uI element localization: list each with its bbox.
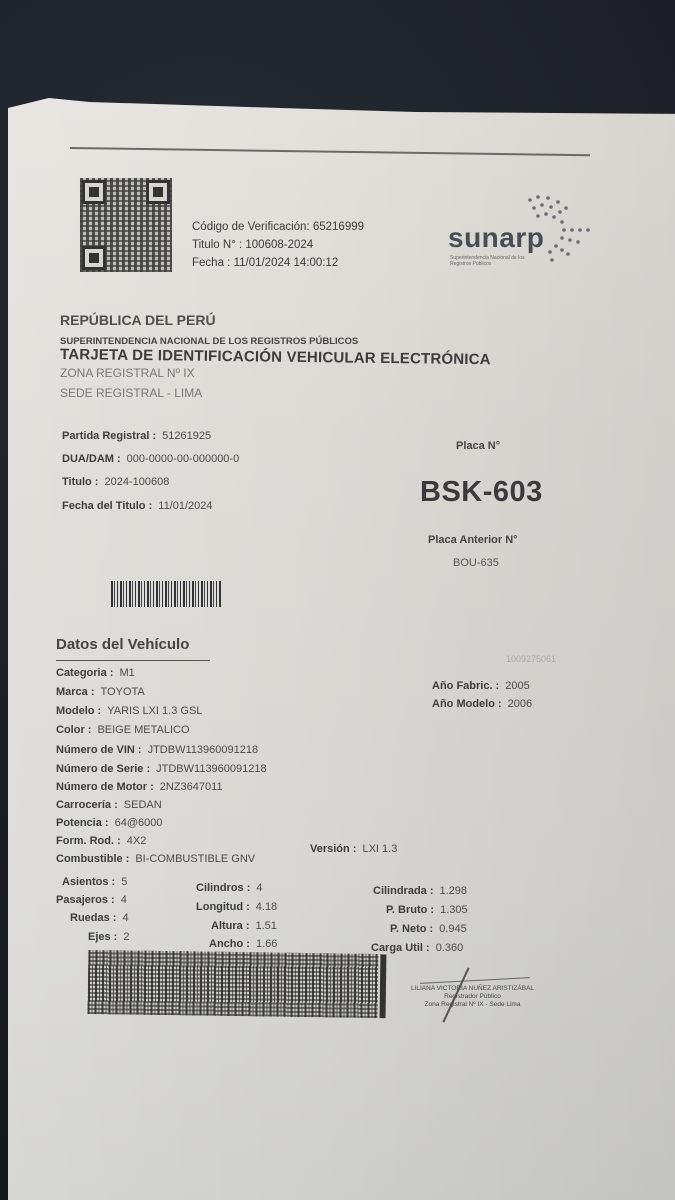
ejes-row: Ejes :2 <box>88 931 129 943</box>
p-bruto-row: P. Bruto :1.305 <box>386 904 468 916</box>
motor-row: Número de Motor :2NZ3647011 <box>56 781 223 793</box>
form-rod-row: Form. Rod. :4X2 <box>56 835 146 847</box>
pasajeros-row: Pasajeros :4 <box>56 894 127 906</box>
ano-fabric-row: Año Fabric. :2005 <box>432 680 530 692</box>
titulo-row: Titulo :2024-100608 <box>62 476 169 488</box>
dua-row: DUA/DAM :000-0000-00-000000-0 <box>62 453 239 465</box>
verification-code: 65216999 <box>313 221 364 233</box>
serie-row: Número de Serie :JTDBW113960091218 <box>56 763 267 775</box>
partida-value: 51261925 <box>162 430 211 442</box>
barcode <box>111 581 221 607</box>
faint-serial-number: 1009275061 <box>506 654 556 664</box>
sunarp-sun-icon <box>520 192 600 272</box>
signatory-role: Registrador Público <box>410 993 535 1001</box>
modelo-row: Modelo :YARIS LXI 1.3 GSL <box>56 705 202 717</box>
potencia-row: Potencia :64@6000 <box>56 817 162 829</box>
placa-anterior-value: BOU-635 <box>453 557 499 569</box>
qr-finder <box>82 180 106 204</box>
ancho-row: Ancho :1.66 <box>209 938 277 950</box>
pdf417-barcode <box>88 950 379 1018</box>
verification-code-line: Código de Verificación: 65216999 <box>192 218 364 236</box>
datos-vehiculo-heading: Datos del Vehículo <box>56 636 189 653</box>
color-row: Color :BEIGE METALICO <box>56 724 190 736</box>
combustible-row: Combustible :BI-COMBUSTIBLE GNV <box>56 853 255 865</box>
fecha-titulo-row: Fecha del Titulo :11/01/2024 <box>62 500 213 512</box>
cilindros-row: Cilindros :4 <box>196 882 263 894</box>
zona-registral: ZONA REGISTRAL Nº IX <box>60 366 195 380</box>
asientos-row: Asientos :5 <box>62 876 127 888</box>
version-row: Versión :LXI 1.3 <box>310 843 397 855</box>
categoria-row: Categoria :M1 <box>56 667 135 679</box>
cilindrada-row: Cilindrada :1.298 <box>373 885 467 897</box>
placa-anterior-label: Placa Anterior N° <box>428 534 518 546</box>
marca-row: Marca :TOYOTA <box>56 686 145 698</box>
qr-code <box>80 178 172 272</box>
ano-modelo-row: Año Modelo :2006 <box>432 698 532 710</box>
titulo-number: 100608-2024 <box>245 239 313 251</box>
p-neto-row: P. Neto :0.945 <box>390 923 467 935</box>
titulo-value: 2024-100608 <box>104 476 169 488</box>
qr-finder <box>82 246 106 270</box>
qr-finder <box>146 180 170 204</box>
placa-value: BSK-603 <box>420 476 543 509</box>
fecha-titulo-value: 11/01/2024 <box>158 500 212 512</box>
section-underline <box>56 660 210 661</box>
ruedas-row: Ruedas :4 <box>70 912 129 924</box>
partida-row: Partida Registral :51261925 <box>62 430 211 442</box>
signature-block: LILIANA VICTORIA NUÑEZ ARISTIZÁBAL Regis… <box>410 985 535 1009</box>
carroceria-row: Carrocería :SEDAN <box>56 799 162 811</box>
signatory-name: LILIANA VICTORIA NUÑEZ ARISTIZÁBAL <box>410 985 535 993</box>
altura-row: Altura :1.51 <box>211 920 277 932</box>
placa-label: Placa N° <box>456 440 500 452</box>
fecha-value: 11/01/2024 14:00:12 <box>234 257 339 269</box>
superintendencia-heading: SUPERINTENDENCIA NACIONAL DE LOS REGISTR… <box>60 336 358 347</box>
verification-block: Código de Verificación: 65216999 Titulo … <box>192 218 364 272</box>
republica-heading: REPÚBLICA DEL PERÚ <box>60 312 216 328</box>
dua-value: 000-0000-00-000000-0 <box>127 453 240 465</box>
vin-row: Número de VIN :JTDBW113960091218 <box>56 744 258 756</box>
signatory-zone: Zona Registral Nº IX - Sede Lima <box>410 1001 535 1009</box>
carga-util-row: Carga Util :0.360 <box>371 942 463 954</box>
sede-registral: SEDE REGISTRAL - LIMA <box>60 386 202 400</box>
titulo-line: Titulo N° : 100608-2024 <box>192 236 364 254</box>
longitud-row: Longitud :4.18 <box>196 901 277 913</box>
fecha-line: Fecha : 11/01/2024 14:00:12 <box>192 254 364 272</box>
